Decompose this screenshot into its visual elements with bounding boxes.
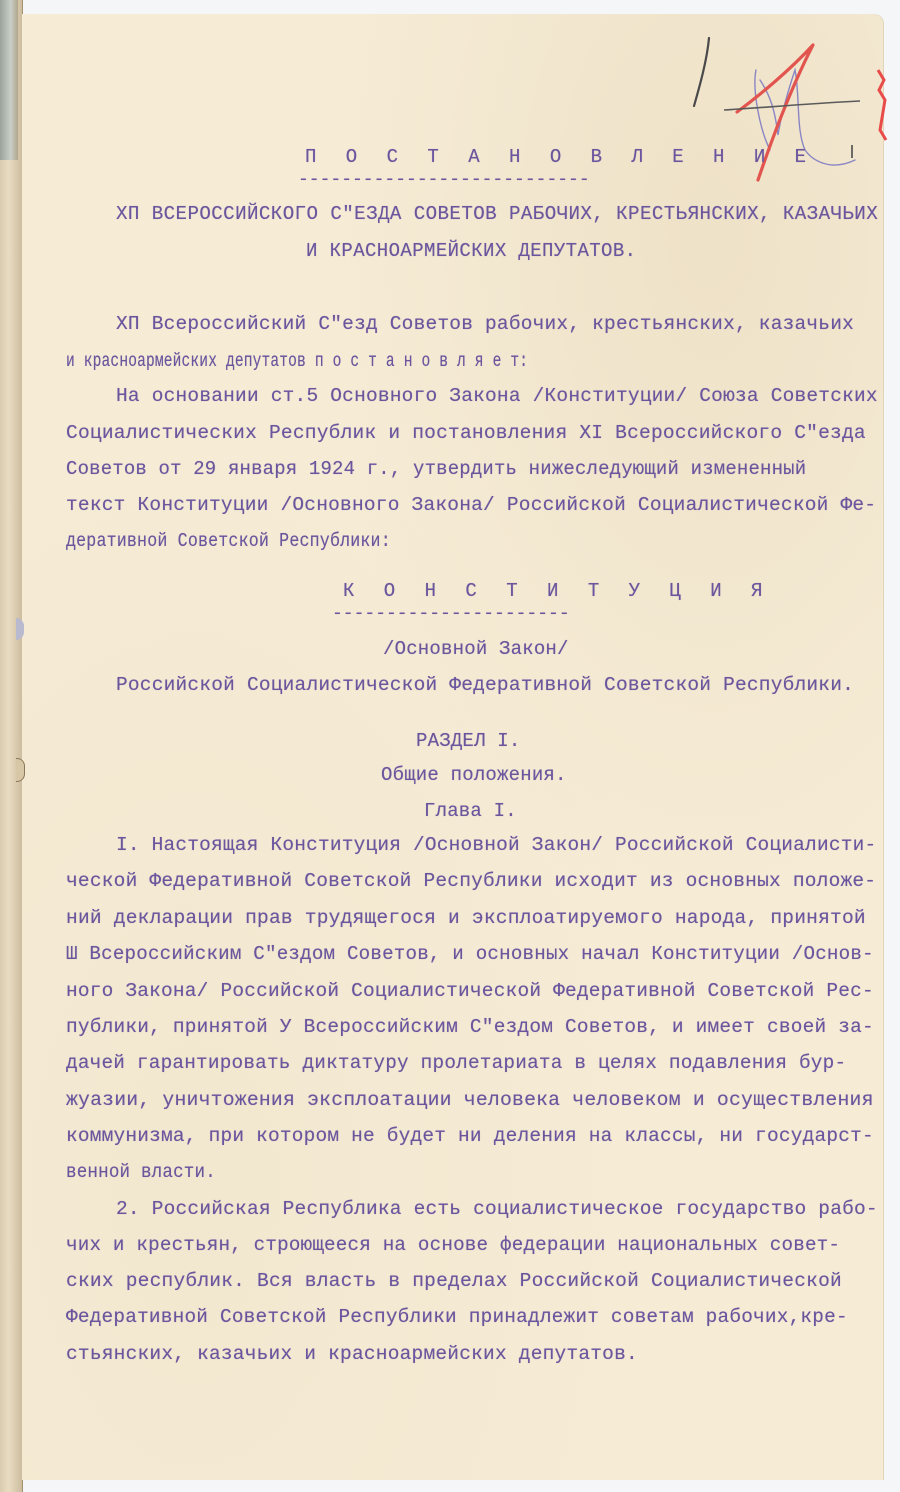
preamble-line: Советов от 29 января 1924 г., утвердить … <box>66 458 806 480</box>
article-1-line: венной власти. <box>66 1161 216 1183</box>
binding-clip <box>0 0 18 160</box>
article-2-line: чих и крестьян, строющееся на основе фед… <box>66 1234 840 1256</box>
chapter-heading: Глава I. <box>424 800 517 822</box>
title-underline: --------------------------- <box>298 170 590 190</box>
article-1-line: жуазии, уничтожения эксплоатации человек… <box>66 1089 874 1111</box>
article-2-line: ских республик. Вся власть в пределах Ро… <box>66 1270 842 1292</box>
article-1-line: I. Настоящая Конституция /Основной Закон… <box>116 834 876 856</box>
article-2-line: стьянских, казачьих и красноармейских де… <box>66 1343 638 1365</box>
section-name: Общие положения. <box>381 764 567 786</box>
binding-hole-mark <box>16 758 25 782</box>
article-1-line: коммунизма, при котором не будет ни деле… <box>66 1125 874 1147</box>
constitution-republic: Российской Социалистической Федеративной… <box>116 674 854 696</box>
preamble-line: ХП Всероссийский С"езд Советов рабочих, … <box>116 313 854 335</box>
binding-edge <box>0 0 23 1492</box>
article-1-line: ческой Федеративной Советской Республики… <box>66 870 876 892</box>
preamble-line: и красноармейских депутатов п о с т а н … <box>66 350 528 372</box>
subtitle-line-1: ХП ВСЕРОССИЙСКОГО С"ЕЗДА СОВЕТОВ РАБОЧИХ… <box>116 203 878 225</box>
document-title: П О С Т А Н О В Л Е Н И Е <box>305 146 815 168</box>
article-1-line: ного Закона/ Российской Социалистической… <box>66 980 874 1002</box>
article-2-line: 2. Российская Республика есть социалисти… <box>116 1198 878 1220</box>
article-2-line: Федеративной Советской Республики принад… <box>66 1306 848 1328</box>
article-1-line: публики, принятой У Всероссийским С"ездо… <box>66 1016 874 1038</box>
constitution-subtitle: /Основной Закон/ <box>383 638 569 660</box>
section-heading: РАЗДЕЛ I. <box>416 730 520 752</box>
preamble-line: Социалистических Республик и постановлен… <box>66 422 866 444</box>
preamble-line: На основании ст.5 Основного Закона /Конс… <box>116 385 878 407</box>
preamble-line: текст Конституции /Основного Закона/ Рос… <box>66 494 876 516</box>
subtitle-line-2: И КРАСНОАРМЕЙСКИХ ДЕПУТАТОВ. <box>306 240 636 262</box>
article-1-line: дачей гарантировать диктатуру пролетариа… <box>66 1052 846 1074</box>
preamble-line: деративной Советской Республики: <box>66 530 391 552</box>
article-1-line: Ш Всероссийским С"ездом Советов, и основ… <box>66 943 874 965</box>
constitution-underline: ---------------------- <box>332 604 570 624</box>
constitution-title: К О Н С Т И Т У Ц И Я <box>343 580 771 602</box>
article-1-line: ний декларации прав трудящегося и экспло… <box>66 907 866 929</box>
